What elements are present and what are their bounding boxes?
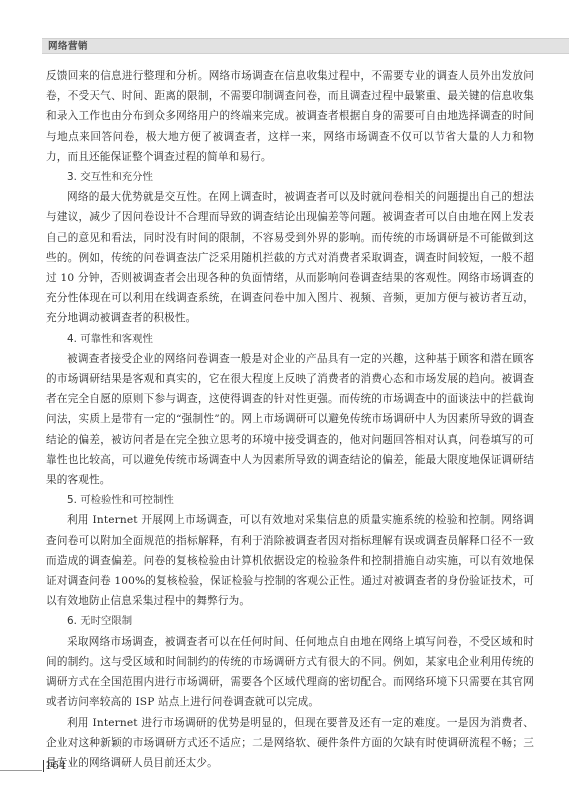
section-heading-3: 3. 交互性和充分性 (46, 167, 534, 187)
paragraph-interactivity: 网络的最大优势就是交互性。在网上调查时，被调查者可以及时就问卷相关的问题提出自己… (46, 187, 534, 328)
paragraph-reliability: 被调查者接受企业的网络问卷调查一般是对企业的产品具有一定的兴趣，这种基于顾客和潜… (46, 349, 534, 490)
footer-rule (0, 770, 42, 771)
paragraph-conclusion: 利用 Internet 进行市场调研的优势是明显的，但现在要普及还有一定的难度。… (46, 713, 534, 774)
running-header: 网络营销 (42, 38, 569, 54)
section-heading-5: 5. 可检验性和可控制性 (46, 490, 534, 510)
section-heading-6: 6. 无时空限制 (46, 611, 534, 631)
paragraph-continued: 反馈回来的信息进行整理和分析。网络市场调查在信息收集过程中，不需要专业的调查人员… (46, 66, 534, 167)
page-body: 反馈回来的信息进行整理和分析。网络市场调查在信息收集过程中，不需要专业的调查人员… (46, 66, 534, 773)
page-number: 164 (43, 760, 66, 772)
running-header-title: 网络营销 (48, 40, 88, 53)
paragraph-no-time-space-limit: 采取网络市场调查，被调查者可以在任何时间、任何地点自由地在网络上填写问卷，不受区… (46, 632, 534, 713)
paragraph-verifiability: 利用 Internet 开展网上市场调查，可以有效地对采集信息的质量实施系统的检… (46, 510, 534, 611)
section-heading-4: 4. 可靠性和客观性 (46, 329, 534, 349)
